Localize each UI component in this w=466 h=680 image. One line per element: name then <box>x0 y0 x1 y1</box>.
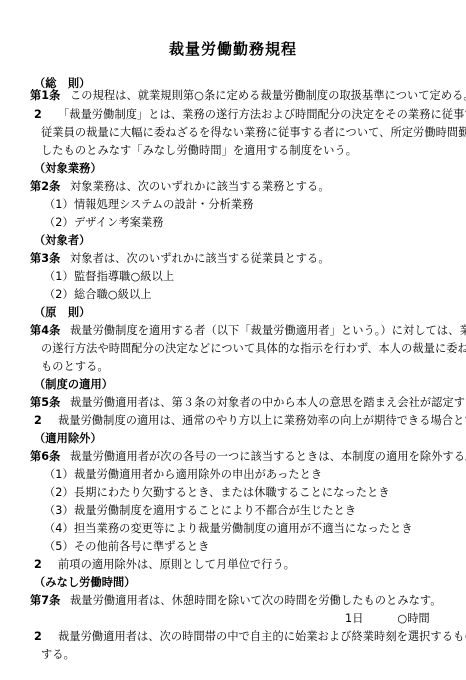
article-line: 第6条裁量労働適用者が次の各号の一つに該当するときは、本制度の適用を除外する。 <box>30 448 466 466</box>
continuation-line: の遂行方法や時間配分の決定などについて具体的な指示を行わず、本人の裁量に委ねる <box>41 340 466 358</box>
list-item: （5）その他前各号に準ずるとき <box>44 538 209 556</box>
article-line: 第2条対象業務は、次のいずれかに該当する業務とする。 <box>30 178 330 196</box>
item-number: （2） <box>44 484 74 502</box>
article-text: 裁量労働適用者は、第３条の対象者の中から本人の意思を踏まえ会社が認定する。 <box>70 396 466 409</box>
list-item: （1）情報処理システムの設計・分析業務 <box>44 196 253 214</box>
item-number: （1） <box>44 268 74 286</box>
item-text: 情報処理システムの設計・分析業務 <box>74 198 253 211</box>
article-number: 第1条 <box>30 87 70 105</box>
paragraph-number: 2 <box>30 106 58 124</box>
item-text: 長期にわたり欠勤するとき、または休職することになったとき <box>74 486 390 499</box>
article-text: 対象者は、次のいずれかに該当する従業員とする。 <box>70 252 330 265</box>
paragraph-line: 2裁量労働制度の適用は、通常のやり方以上に業務効率の向上が期待できる場合とする。 <box>30 412 466 430</box>
article-number: 第5条 <box>30 394 70 412</box>
section-heading: （原 則） <box>34 304 90 322</box>
paragraph-text: 裁量労働制度の適用は、通常のやり方以上に業務効率の向上が期待できる場合とする。 <box>58 414 466 427</box>
paragraph-text: 「裁量労働制度」とは、業務の遂行方法および時間配分の決定をその業務に従事する <box>58 108 466 121</box>
section-heading: （対象者） <box>34 232 90 250</box>
article-number: 第4条 <box>30 322 70 340</box>
item-number: （4） <box>44 520 74 538</box>
article-line: 第5条裁量労働適用者は、第３条の対象者の中から本人の意思を踏まえ会社が認定する。 <box>30 394 466 412</box>
continuation-line: する。 <box>41 646 75 664</box>
item-number: （2） <box>44 286 74 304</box>
list-item: （3）裁量労働制度を適用することにより不都合が生じたとき <box>44 502 356 520</box>
article-text: 対象業務は、次のいずれかに該当する業務とする。 <box>70 180 330 193</box>
continuation-line: したものとみなす「みなし労働時間」を適用する制度をいう。 <box>41 142 357 160</box>
paragraph-line: 2前項の適用除外は、原則として月単位で行う。 <box>30 556 295 574</box>
article-text: この規程は、就業規則第○条に定める裁量労働制度の取扱基準について定める。 <box>70 89 466 102</box>
document-title: 裁量労働勤務規程 <box>0 38 466 59</box>
list-item: （2）デザイン考案業務 <box>44 214 164 232</box>
list-item: （2）総合職○級以上 <box>44 286 152 304</box>
section-heading: （制度の適用） <box>34 376 113 394</box>
section-heading: （対象業務） <box>34 160 102 178</box>
continuation-line: 従業員の裁量に大幅に委ねざるを得ない業務に従事する者について、所定労働時間勤務 <box>41 124 466 142</box>
item-text: 裁量労働制度を適用することにより不都合が生じたとき <box>74 504 356 517</box>
section-heading: （適用除外） <box>34 430 102 448</box>
article-line: 第4条裁量労働制度を適用する者（以下「裁量労働適用者」という。）に対しては、業務 <box>30 322 466 340</box>
item-number: （2） <box>44 214 74 232</box>
paragraph-line: 2裁量労働適用者は、次の時間帯の中で自主的に始業および終業時刻を選択するものと <box>30 628 466 646</box>
item-number: （5） <box>44 538 74 556</box>
item-text: デザイン考案業務 <box>74 216 164 229</box>
article-line: 第3条対象者は、次のいずれかに該当する従業員とする。 <box>30 250 330 268</box>
item-text: 総合職○級以上 <box>74 288 152 301</box>
section-heading: （みなし労働時間） <box>34 574 136 592</box>
paragraph-number: 2 <box>30 628 58 646</box>
article-number: 第7条 <box>30 592 70 610</box>
article-text: 裁量労働適用者が次の各号の一つに該当するときは、本制度の適用を除外する。 <box>70 450 466 463</box>
article-number: 第3条 <box>30 250 70 268</box>
list-item: （4）担当業務の変更等により裁量労働制度の適用が不適当になったとき <box>44 520 413 538</box>
article-number: 第6条 <box>30 448 70 466</box>
item-number: （1） <box>44 466 74 484</box>
list-item: （2）長期にわたり欠勤するとき、または休職することになったとき <box>44 484 390 502</box>
article-number: 第2条 <box>30 178 70 196</box>
list-item: （1）裁量労働適用者から適用除外の申出があったとき <box>44 466 322 484</box>
item-text: その他前各号に準ずるとき <box>74 540 209 553</box>
hours-value: 1日 ○時間 <box>345 610 430 628</box>
paragraph-text: 裁量労働適用者は、次の時間帯の中で自主的に始業および終業時刻を選択するものと <box>58 630 466 643</box>
paragraph-number: 2 <box>30 556 58 574</box>
article-text: 裁量労働制度を適用する者（以下「裁量労働適用者」という。）に対しては、業務 <box>70 324 466 337</box>
item-text: 担当業務の変更等により裁量労働制度の適用が不適当になったとき <box>74 522 413 535</box>
item-number: （3） <box>44 502 74 520</box>
continuation-line: ものとする。 <box>41 358 109 376</box>
article-line: 第7条裁量労働適用者は、休憩時間を除いて次の時間を労働したものとみなす。 <box>30 592 442 610</box>
list-item: （1）監督指導職○級以上 <box>44 268 174 286</box>
item-number: （1） <box>44 196 74 214</box>
article-line: 第1条この規程は、就業規則第○条に定める裁量労働制度の取扱基準について定める。 <box>30 87 466 105</box>
paragraph-line: 2「裁量労働制度」とは、業務の遂行方法および時間配分の決定をその業務に従事する <box>30 106 466 124</box>
paragraph-text: 前項の適用除外は、原則として月単位で行う。 <box>58 558 295 571</box>
item-text: 裁量労働適用者から適用除外の申出があったとき <box>74 468 322 481</box>
paragraph-number: 2 <box>30 412 58 430</box>
article-text: 裁量労働適用者は、休憩時間を除いて次の時間を労働したものとみなす。 <box>70 594 442 607</box>
item-text: 監督指導職○級以上 <box>74 270 174 283</box>
